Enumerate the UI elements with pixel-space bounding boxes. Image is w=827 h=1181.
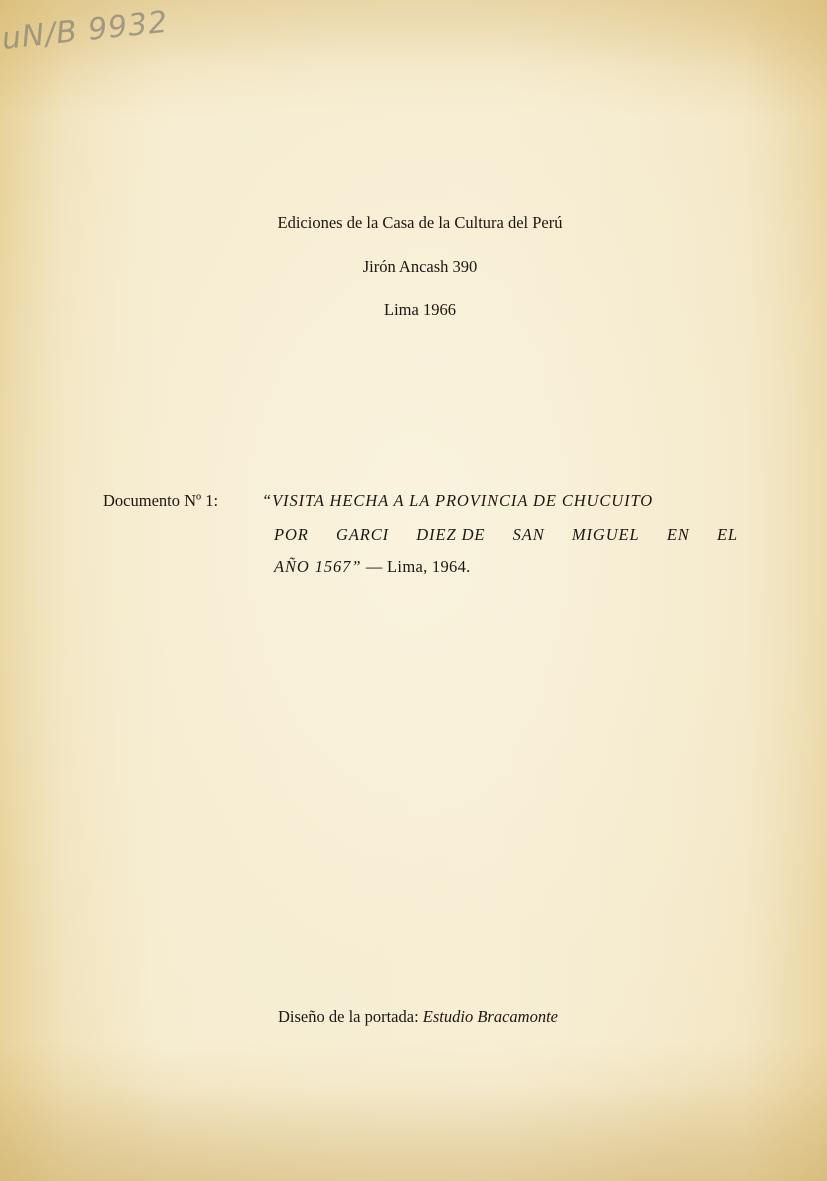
- cover-designer-name: Estudio Bracamonte: [423, 1007, 558, 1026]
- title-word: POR: [274, 525, 309, 545]
- title-word: MIGUEL: [572, 525, 640, 545]
- address-line: Jirón Ancash 390: [0, 257, 827, 277]
- cover-design-label: Diseño de la portada:: [278, 1007, 423, 1026]
- title-word: SAN: [513, 525, 545, 545]
- document-title-line-2: POR GARCI DIEZ DE SAN MIGUEL EN EL: [274, 525, 738, 545]
- document-title-line-1: “VISITA HECHA A LA PROVINCIA DE CHUCUITO: [262, 491, 738, 511]
- publisher-line: Ediciones de la Casa de la Cultura del P…: [0, 213, 827, 233]
- title-publication-info: — Lima, 1964.: [361, 557, 470, 576]
- title-word: DIEZ DE: [416, 525, 485, 545]
- document-number-label: Documento Nº 1:: [103, 491, 218, 511]
- scanned-page: [0, 0, 827, 1181]
- title-year: AÑO 1567”: [274, 557, 361, 576]
- title-word: EN: [667, 525, 690, 545]
- place-year-line: Lima 1966: [0, 300, 827, 320]
- title-word: GARCI: [336, 525, 389, 545]
- document-title-line-3: AÑO 1567” — Lima, 1964.: [274, 557, 471, 577]
- cover-design-credit: Diseño de la portada: Estudio Bracamonte: [0, 1007, 827, 1027]
- title-word: EL: [717, 525, 738, 545]
